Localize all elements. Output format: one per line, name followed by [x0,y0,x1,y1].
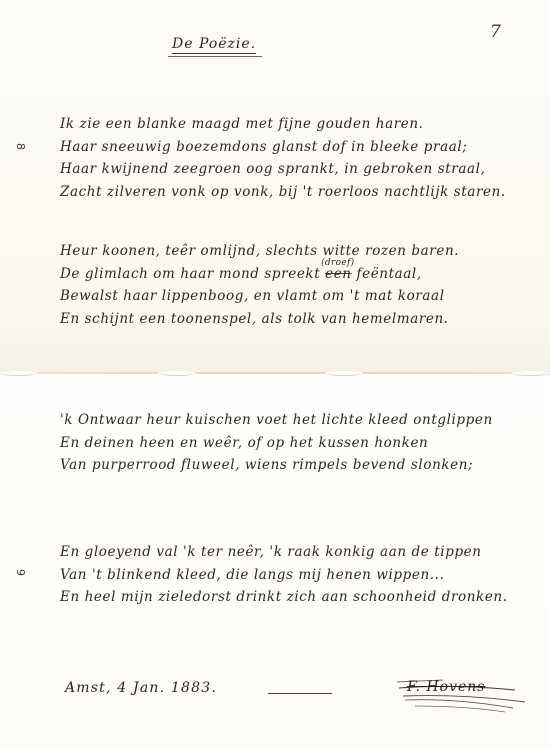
stanza-2: Heur koonen, teêr omlijnd, slechts witte… [60,240,459,330]
poem-line: Haar sneeuwig boezemdons glanst dof in b… [60,136,506,159]
poem-line-text: De glimlach om haar mond spreekt [60,266,320,282]
poem-line: Ik zie een blanke maagd met fijne gouden… [60,113,506,136]
poem-line: Zacht zilveren vonk op vonk, bij 't roer… [60,181,506,204]
poem-line: 'k Ontwaar heur kuischen voet het lichte… [60,409,493,432]
binding-hole [0,371,38,376]
poem-line: Van 't blinkend kleed, die langs mij hen… [60,564,508,587]
binding-hole [325,371,363,376]
signature: F. Hovens [395,676,530,716]
binding-hole [158,371,196,376]
poem-line: Haar kwijnend zeegroen oog sprankt, in g… [60,158,506,181]
stanza-3: 'k Ontwaar heur kuischen voet het lichte… [60,409,493,477]
margin-page-number: 8 [14,143,27,150]
poem-line: En schijnt een toonenspel, als tolk van … [60,308,459,331]
date-place: Amst, 4 Jan. 1883. [65,680,217,696]
poem-line: Bewalst haar lippenboog, en vlamt om 't … [60,285,459,308]
poem-line: Van purperrood fluweel, wiens rimpels be… [60,454,493,477]
poem-line: En heel mijn zieledorst drinkt zich aan … [60,586,508,609]
sheet-join-line [0,372,550,374]
binding-hole [512,371,550,376]
margin-page-number: 9 [14,569,27,576]
poem-line-text: feëntaal, [357,266,422,282]
poem-line: En deinen heen en weêr, of op het kussen… [60,432,493,455]
handwritten-correction: (droef) een [325,263,351,286]
page-number: 7 [490,22,501,42]
separator-dash [268,693,332,694]
poem-line-with-correction: De glimlach om haar mond spreekt (droef)… [60,263,459,286]
signature-name: F. Hovens [407,679,485,695]
poem-line: Heur koonen, teêr omlijnd, slechts witte… [60,240,459,263]
stanza-1: Ik zie een blanke maagd met fijne gouden… [60,113,506,203]
stanza-4: En gloeyend val 'k ter neêr, 'k raak kon… [60,541,508,609]
poem-line: En gloeyend val 'k ter neêr, 'k raak kon… [60,541,508,564]
inserted-word: (droef) [321,252,354,275]
poem-title: De Poëzie. [172,36,256,54]
